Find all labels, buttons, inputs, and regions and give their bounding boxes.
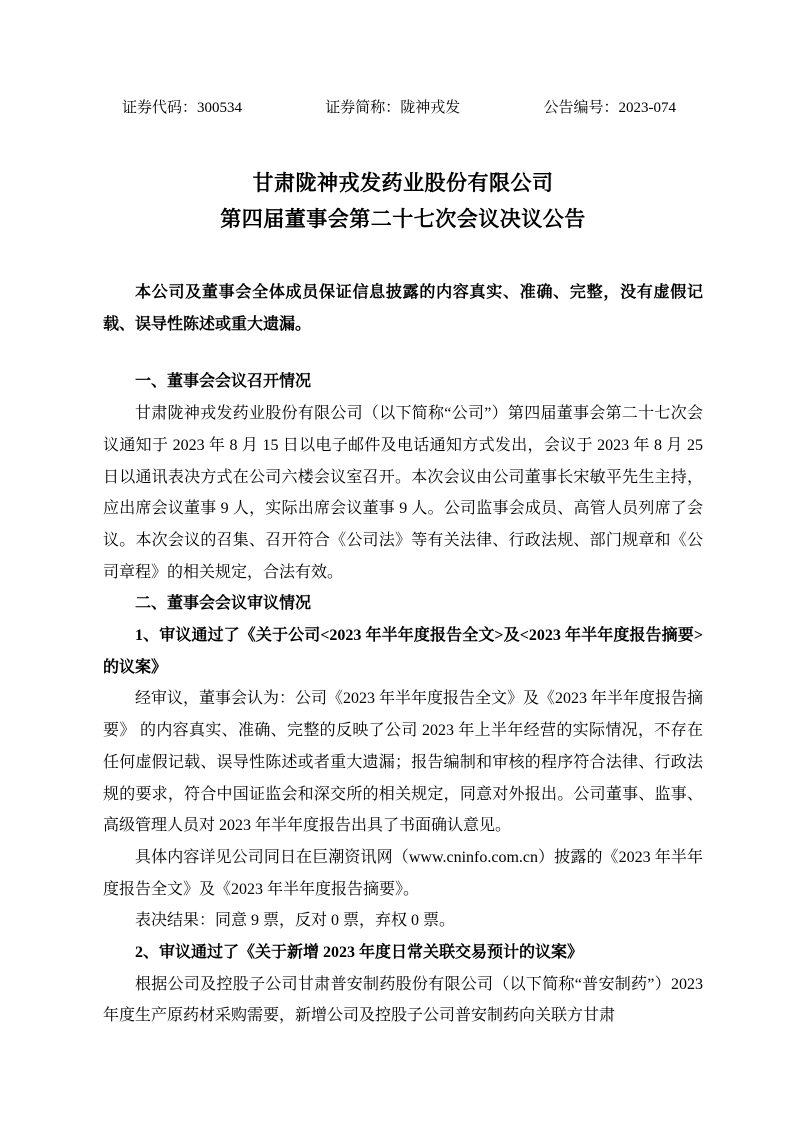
meeting-title: 第四届董事会第二十七次会议决议公告 — [103, 201, 703, 237]
resolution-1-title: 1、审议通过了《关于公司<2023 年半年度报告全文>及<2023 年半年度报告… — [103, 620, 703, 683]
resolution-1-paragraph: 经审议，董事会认为：公司《2023 年半年度报告全文》及《2023 年半年度报告… — [103, 683, 703, 842]
stock-code: 证券代码：300534 — [122, 100, 242, 117]
document-title: 甘肃陇神戎发药业股份有限公司 第四届董事会第二十七次会议决议公告 — [103, 165, 703, 237]
document-body: 本公司及董事会全体成员保证信息披露的内容真实、准确、完整，没有虚假记载、误导性陈… — [103, 277, 703, 1032]
announcement-number: 公告编号：2023-074 — [544, 100, 677, 117]
resolution-2-paragraph: 根据公司及控股子公司甘肃普安制药股份有限公司（以下简称“普安制药”）2023 年… — [103, 969, 703, 1032]
stock-name: 证券简称：陇神戎发 — [325, 100, 460, 117]
resolution-1-vote-result: 表决结果：同意 9 票，反对 0 票，弃权 0 票。 — [103, 905, 703, 937]
company-name-title: 甘肃陇神戎发药业股份有限公司 — [103, 165, 703, 201]
resolution-1-disclosure-paragraph: 具体内容详见公司同日在巨潮资讯网（www.cninfo.com.cn）披露的《2… — [103, 842, 703, 905]
section-2-heading: 二、董事会会议审议情况 — [103, 588, 703, 620]
section-1-heading: 一、董事会会议召开情况 — [103, 366, 703, 398]
document-header: 证券代码：300534 证券简称：陇神戎发 公告编号：2023-074 — [103, 100, 703, 117]
section-1-paragraph: 甘肃陇神戎发药业股份有限公司（以下简称“公司”）第四届董事会第二十七次会议通知于… — [103, 398, 703, 588]
resolution-2-title: 2、审议通过了《关于新增 2023 年度日常关联交易预计的议案》 — [103, 937, 703, 969]
document-page: 证券代码：300534 证券简称：陇神戎发 公告编号：2023-074 甘肃陇神… — [0, 0, 793, 1122]
disclaimer-paragraph: 本公司及董事会全体成员保证信息披露的内容真实、准确、完整，没有虚假记载、误导性陈… — [103, 277, 703, 340]
